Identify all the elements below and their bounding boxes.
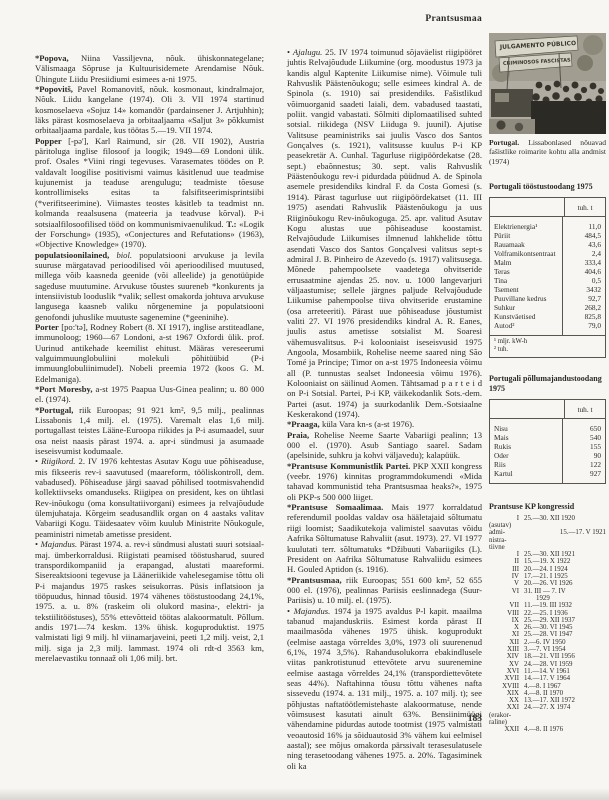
congress-row: IV17.—21. I 1925	[489, 573, 606, 580]
entry-paragraph: *Popova, Niina Vassiljevna, nõuk. ühisko…	[35, 53, 264, 84]
congress-row: XVI11.—14. V 1961	[489, 668, 606, 675]
congress-note: (erakor-	[489, 712, 606, 719]
caption-lead: Portugal.	[489, 138, 519, 147]
table-footnote: ² tuh.	[494, 346, 601, 354]
congress-row: XX13.—17. XII 1972	[489, 697, 606, 704]
congress-row: XII2.—6. IV 1950	[489, 639, 606, 646]
congress-row: XV24.—28. VI 1959	[489, 661, 606, 668]
industry-table-title: Portugali tööstustoodang 1975	[489, 182, 606, 192]
industry-table: tuh. t Elektrienergia¹11,0Püriit484,5Rau…	[489, 197, 606, 358]
sidebar: JULGAMENTO PÚBLICO CRIMINOSOS FASCISTAS	[489, 33, 606, 734]
entry-paragraph: *Prantsuse Somaalimaa. Mais 1977 korrald…	[287, 502, 482, 574]
entry-paragraph: Porter [po:'tə], Rodney Robert (8. XI 19…	[35, 322, 264, 384]
photo-caption: Portugal. Lissabonlased nõuavad fašistli…	[489, 138, 606, 166]
agriculture-table: tuh. t Nisu650Mais540Rukis155Oder90Riis1…	[489, 399, 606, 484]
congress-row: I25.—30. XII 1920	[489, 515, 606, 522]
table-row: Kunstväetised825,8	[490, 312, 605, 321]
congress-row: I25.—30. XII 1921	[489, 551, 606, 558]
congress-note: (asutav)	[489, 522, 606, 529]
congress-row: XXII4.—8. II 1976	[489, 726, 606, 733]
entry-paragraph: Praia, Rohelise Neeme Saarte Vabariigi p…	[287, 430, 482, 461]
congress-row: XIV18.—21. VII 1956	[489, 653, 606, 660]
left-column: *Popova, Niina Vassiljevna, nõuk. ühisko…	[35, 53, 264, 663]
entry-paragraph: • Majandus. Pärast 1974. a. rev-i sündmu…	[35, 539, 264, 663]
congress-row: XVII14.—17. V 1964	[489, 675, 606, 682]
congress-row: VIII22.—25. I 1936	[489, 610, 606, 617]
congress-row: IX25.—29. XII 1937	[489, 617, 606, 624]
congress-row: II15.—19. X 1922	[489, 558, 606, 565]
congress-note: tiivne	[489, 544, 606, 551]
congress-row: V20.—26. VI 1926	[489, 580, 606, 587]
entry-paragraph: *Prantsuse Kommunistlik Partei. PKP XXII…	[287, 461, 482, 502]
congress-row: III20.—24. I 1924	[489, 566, 606, 573]
entry-paragraph: • Ajalugu. 25. IV 1974 toimunud sõjaväel…	[287, 47, 482, 419]
middle-column: • Ajalugu. 25. IV 1974 toimunud sõjaväel…	[287, 47, 482, 771]
congress-row: XIX4.—8. II 1970	[489, 690, 606, 697]
entry-paragraph: *Portugal, riik Euroopas; 91 921 km², 9,…	[35, 405, 264, 457]
congress-note: nistra-	[489, 537, 606, 544]
table-row: Püriit484,5	[490, 231, 605, 240]
unit-header: tuh. t	[564, 198, 605, 216]
table-header-row: tuh. t	[490, 198, 605, 217]
congress-row: XVIII4.—8. I 1967	[489, 683, 606, 690]
table-row: Malm333,4	[490, 258, 605, 267]
congress-row: admi-15.—17. V 1921	[489, 529, 606, 536]
table-row: Tina0,5	[490, 276, 605, 285]
entry-paragraph: • Majandus. 1974 ja 1975 avaldus P-l kap…	[287, 606, 482, 772]
table-row: Suhkur268,2	[490, 303, 605, 312]
table-row: Nisu650	[490, 424, 605, 433]
table-row: Kartul927	[490, 469, 605, 478]
table-row: Oder90	[490, 451, 605, 460]
table-row: Rauamaak43,6	[490, 240, 605, 249]
entry-paragraph: *Prantsusmaa, riik Euroopas; 551 600 km²…	[287, 575, 482, 606]
unit-header: tuh. t	[564, 400, 605, 418]
entry-paragraph: • Riigikord. 2. IV 1976 kehtestas Asutav…	[35, 456, 264, 539]
entry-paragraph: *Praaga, küla Vara kn-s (a-st 1976).	[287, 419, 482, 429]
table-row: Autod²79,0	[490, 321, 605, 330]
table-row: Puuvillane kedrus92,7	[490, 294, 605, 303]
congress-row: XXI24.—27. X 1974	[489, 704, 606, 711]
congress-row: X26.—30. VI 1945	[489, 624, 606, 631]
table-row: Riis122	[490, 460, 605, 469]
congress-list: I25.—30. XII 1920(asutav)admi-15.—17. V …	[489, 515, 606, 734]
congress-row: VI31. III — 7. IV	[489, 588, 606, 595]
table-footnote: ¹ mljr. kW-h	[494, 338, 601, 346]
running-head: Prantsusmaa	[287, 14, 482, 24]
table-row: Teras404,6	[490, 267, 605, 276]
agriculture-table-title: Portugali põllumajandus­toodang 1975	[489, 374, 606, 394]
congress-note: raline)	[489, 719, 606, 726]
table-footnotes: ¹ mljr. kW-h² tuh.	[490, 335, 605, 357]
encyclopedia-page: Prantsusmaa *Popova, Niina Vassiljevna, …	[0, 0, 609, 800]
congress-row: XIII3.—7. VI 1954	[489, 646, 606, 653]
congress-row: 1929	[489, 595, 606, 602]
table-row: Tsement3432	[490, 285, 605, 294]
page-number: 183	[287, 714, 482, 724]
entry-paragraph: *Port Moresby, a-st 1975 Paapua Uus-Gine…	[35, 384, 264, 405]
congress-row: XI25.—28. VI 1947	[489, 631, 606, 638]
entry-paragraph: Popper [-pə'], Karl Raimund, sir (28. VI…	[35, 136, 264, 250]
table-row: Elektrienergia¹11,0	[490, 222, 605, 231]
entry-paragraph: *Popovitš, Pavel Romanovitš, nõuk. kosmo…	[35, 84, 264, 136]
congress-row: VII11.—19. III 1932	[489, 602, 606, 609]
entry-paragraph: populatsioonilained, biol. populatsiooni…	[35, 250, 264, 322]
table-row: Volframikont­sentraat2,4	[490, 249, 605, 258]
table-header-row: tuh. t	[490, 400, 605, 419]
congress-list-title: Prantsuse KP kongressid	[489, 502, 606, 511]
table-row: Mais540	[490, 433, 605, 442]
demonstration-photo: JULGAMENTO PÚBLICO CRIMINOSOS FASCISTAS	[489, 33, 606, 134]
table-row: Rukis155	[490, 442, 605, 451]
